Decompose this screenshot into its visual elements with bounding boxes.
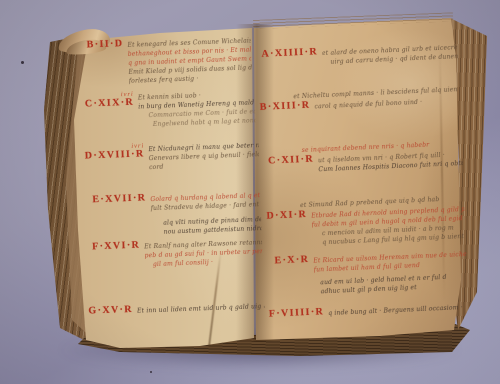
manuscript-entry: B·II·DEt kenegard les ses Comune Wichela…	[87, 34, 253, 87]
entry-label-wrap: E·XVII·R	[92, 193, 146, 205]
manuscript-entry: ivriC·XIX·REt kennin sibi uob ·in burg d…	[84, 87, 255, 131]
entry-label-wrap: C·XII·R	[268, 155, 314, 167]
entry-label-wrap: D·XI·R	[266, 210, 307, 222]
entry-number-label: E·X·R	[274, 255, 309, 267]
entry-label-wrap: ivriD·XVIII·R	[84, 143, 144, 161]
entry-label-wrap: B·II·D	[87, 39, 124, 50]
dust-speck	[150, 371, 152, 373]
entry-lines: Et kenegard les ses Comune Wichelais de …	[127, 34, 252, 85]
script-line: Et inn ual liden emt uid urb q gald uig …	[137, 302, 265, 316]
manuscript-entry: G·XV·REt inn ual liden emt uid urb q gal…	[88, 300, 264, 317]
entry-label-wrap: E·X·R	[274, 255, 309, 267]
dust-speck	[21, 61, 24, 64]
left-page-text-block: B·II·DEt kenegard les ses Comune Wichela…	[70, 19, 270, 348]
entry-number-label: D·XI·R	[266, 210, 307, 222]
entry-label-wrap: ivriC·XIX·R	[84, 92, 134, 110]
manuscript-entry: F·VIIII·Rq inde bung alt · Berguens uill…	[269, 301, 467, 321]
manuscript-entry: et Nicheltu compl manns · li bescidens f…	[259, 85, 460, 114]
entry-label-wrap: G·XV·R	[88, 305, 133, 317]
photograph-manuscript-scene: B·II·DEt kenegard les ses Comune Wichela…	[0, 0, 500, 384]
entry-number-label: D·XVIII·R	[85, 149, 145, 161]
manuscript-entry: se inquirant debend nre nris · q habebrC…	[268, 139, 463, 176]
entry-number-label: F·XVI·R	[92, 241, 140, 253]
entry-lines: et alard de oneno habra gil urb et uicec…	[322, 41, 458, 67]
entry-number-label: B·II·D	[87, 39, 124, 50]
entry-number-label: E·XVII·R	[92, 193, 146, 205]
entry-number-label: F·VIIII·R	[269, 307, 325, 319]
entry-lines: Et kennin sibi uob ·in burg den Wanetig …	[138, 87, 256, 129]
manuscript-entry: F·XVI·REt Ranlf nang alter Rawsone retan…	[92, 236, 263, 271]
entry-number-label: B·XIII·R	[260, 101, 311, 113]
entry-label-wrap: F·VIIII·R	[269, 307, 325, 319]
entry-label-wrap: B·XIII·R	[260, 101, 311, 113]
right-page-text-block: A·XIIII·Ret alard de oneno habra gil urb…	[254, 11, 474, 342]
entry-lines: Et Nicdunegri li manu que beter null gd …	[148, 139, 259, 172]
entry-lines: Etbrade Rad di hernold uning preplend q …	[311, 203, 466, 248]
entry-lines: Et Ranlf nang alter Rawsone retanns usq …	[144, 236, 263, 269]
entry-lines: Golard q hurdang q labend al q et dierab…	[150, 189, 262, 237]
script-line: q inde bung alt · Berguens uill occasiom…	[328, 303, 467, 318]
manuscript-entry: et Simund Rad p prebend que uiq b qd hab…	[266, 194, 466, 250]
entry-number-label: C·XIX·R	[85, 98, 135, 110]
entry-lines: Et inn ual liden emt uid urb q gald uig …	[137, 300, 265, 316]
manuscript-entry: A·XIIII·Ret alard de oneno habra gil urb…	[261, 41, 458, 70]
entry-label-wrap: F·XVI·R	[92, 241, 140, 253]
entry-label-wrap: A·XIIII·R	[261, 47, 318, 59]
entry-lines: q inde bung alt · Berguens uill occasiom…	[328, 301, 467, 318]
entry-number-label: G·XV·R	[88, 305, 133, 317]
entry-lines: Et Ricard ue uilsom Hereman uim nue de u…	[313, 248, 468, 297]
manuscript-entry: E·XVII·RGolard q hurdang q labend al q e…	[92, 189, 261, 239]
manuscript-entry: ivriD·XVIII·REt Nicdunegri li manu que b…	[84, 139, 259, 174]
manuscript-entry: E·X·REt Ricard ue uilsom Hereman uim nue…	[274, 248, 468, 298]
entry-number-label: C·XII·R	[268, 155, 314, 167]
entry-number-label: A·XIIII·R	[261, 47, 318, 59]
